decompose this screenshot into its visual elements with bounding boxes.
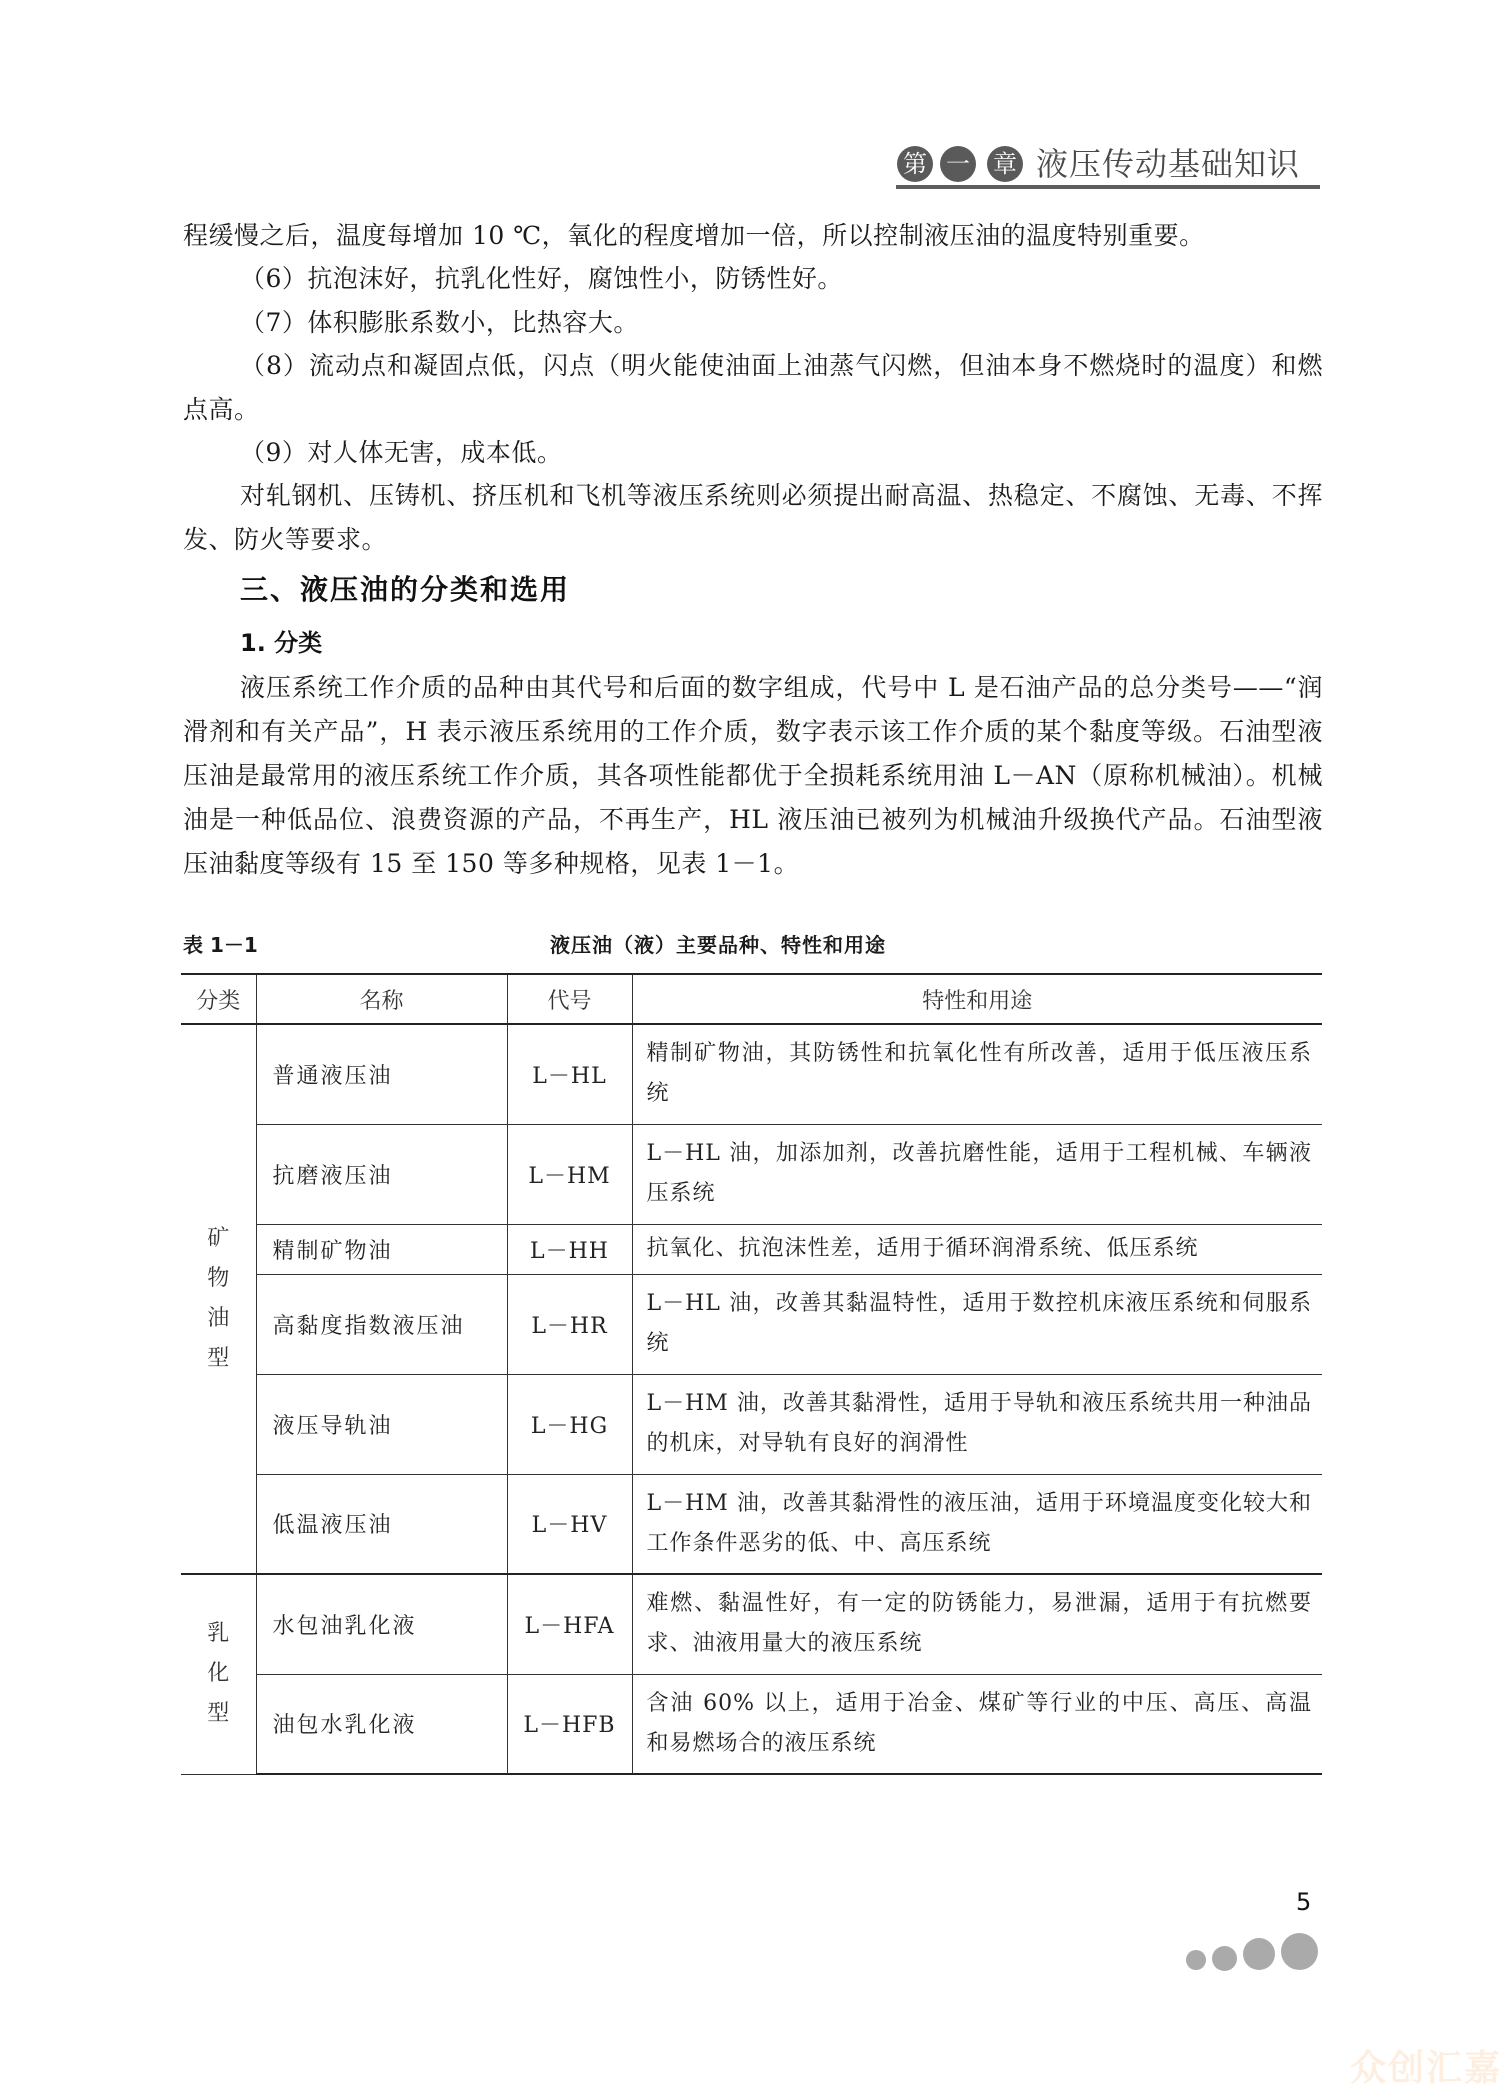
header-rule <box>896 185 1320 189</box>
cell-code: L－HH <box>507 1224 632 1274</box>
cell-code: L－HR <box>507 1274 632 1374</box>
table-row: 油包水乳化液 L－HFB 含油 60% 以上，适用于冶金、煤矿等行业的中压、高压… <box>181 1674 1322 1774</box>
cell-name: 液压导轨油 <box>256 1374 507 1474</box>
cell-desc: L－HL 油，加添加剂，改善抗磨性能，适用于工程机械、车辆液压系统 <box>632 1124 1322 1224</box>
cell-desc: 含油 60% 以上，适用于冶金、煤矿等行业的中压、高压、高温和易燃场合的液压系统 <box>632 1674 1322 1774</box>
cell-code: L－HG <box>507 1374 632 1474</box>
paragraph-oxidation: 程缓慢之后，温度每增加 10 ℃，氧化的程度增加一倍，所以控制液压油的温度特别重… <box>183 214 1323 258</box>
table-row: 抗磨液压油 L－HM L－HL 油，加添加剂，改善抗磨性能，适用于工程机械、车辆… <box>181 1124 1322 1224</box>
cell-desc: L－HM 油，改善其黏滑性，适用于导轨和液压系统共用一种油品的机床，对导轨有良好… <box>632 1374 1322 1474</box>
cell-name: 精制矿物油 <box>256 1224 507 1274</box>
table-row: 液压导轨油 L－HG L－HM 油，改善其黏滑性，适用于导轨和液压系统共用一种油… <box>181 1374 1322 1474</box>
hydraulic-oil-table: 分类 名称 代号 特性和用途 矿 物 油 型 普通液压油 L－HL 精制矿物油，… <box>181 973 1322 1775</box>
table-row: 精制矿物油 L－HH 抗氧化、抗泡沫性差，适用于循环润滑系统、低压系统 <box>181 1224 1322 1274</box>
table-row: 乳 化 型 水包油乳化液 L－HFA 难燃、黏温性好，有一定的防锈能力，易泄漏，… <box>181 1574 1322 1674</box>
cell-desc: 难燃、黏温性好，有一定的防锈能力，易泄漏，适用于有抗燃要求、油液用量大的液压系统 <box>632 1574 1322 1674</box>
running-header: 第 一 章 液压传动基础知识 <box>896 140 1320 188</box>
cell-name: 油包水乳化液 <box>256 1674 507 1774</box>
paragraph-item-8: （8）流动点和凝固点低，闪点（明火能使油面上油蒸气闪燃，但油本身不燃烧时的温度）… <box>183 344 1323 432</box>
cell-desc: 抗氧化、抗泡沫性差，适用于循环润滑系统、低压系统 <box>632 1224 1322 1274</box>
chapter-title: 液压传动基础知识 <box>1036 142 1300 186</box>
header-properties: 特性和用途 <box>632 974 1322 1024</box>
header-name: 名称 <box>256 974 507 1024</box>
category-char: 型 <box>206 1694 230 1734</box>
category-char: 油 <box>206 1299 230 1339</box>
category-char: 乳 <box>206 1614 230 1654</box>
category-mineral-oil: 矿 物 油 型 <box>181 1024 256 1574</box>
cell-code: L－HFB <box>507 1674 632 1774</box>
watermark: 众创汇嘉 <box>1350 2040 1502 2091</box>
paragraph-classification: 液压系统工作介质的品种由其代号和后面的数字组成，代号中 L 是石油产品的总分类号… <box>183 666 1323 886</box>
dot-icon <box>1281 1933 1318 1970</box>
cell-code: L－HFA <box>507 1574 632 1674</box>
cell-code: L－HL <box>507 1024 632 1124</box>
chapter-circle-zhang: 章 <box>987 146 1023 182</box>
cell-code: L－HV <box>507 1474 632 1574</box>
paragraph-item-9: （9）对人体无害，成本低。 <box>183 431 1323 475</box>
paragraph-requirements: 对轧钢机、压铸机、挤压机和飞机等液压系统则必须提出耐高温、热稳定、不腐蚀、无毒、… <box>183 474 1323 562</box>
chapter-circle-number: 一 <box>940 146 976 182</box>
table-caption-number: 表 1－1 <box>183 930 258 960</box>
header-category: 分类 <box>181 974 256 1024</box>
table-row: 矿 物 油 型 普通液压油 L－HL 精制矿物油，其防锈性和抗氧化性有所改善，适… <box>181 1024 1322 1124</box>
cell-name: 普通液压油 <box>256 1024 507 1124</box>
cell-desc: L－HM 油，改善其黏滑性的液压油，适用于环境温度变化较大和工作条件恶劣的低、中… <box>632 1474 1322 1574</box>
paragraph-item-6: （6）抗泡沫好，抗乳化性好，腐蚀性小，防锈性好。 <box>183 257 1323 301</box>
table-header-row: 分类 名称 代号 特性和用途 <box>181 974 1322 1024</box>
dot-icon <box>1243 1938 1275 1970</box>
cell-name: 抗磨液压油 <box>256 1124 507 1224</box>
cell-name: 水包油乳化液 <box>256 1574 507 1674</box>
section-heading: 三、液压油的分类和选用 <box>240 570 570 610</box>
category-emulsion: 乳 化 型 <box>181 1574 256 1774</box>
cell-desc: L－HL 油，改善其黏温特性，适用于数控机床液压系统和伺服系统 <box>632 1274 1322 1374</box>
cell-desc: 精制矿物油，其防锈性和抗氧化性有所改善，适用于低压液压系统 <box>632 1024 1322 1124</box>
category-char: 型 <box>206 1339 230 1379</box>
cell-code: L－HM <box>507 1124 632 1224</box>
category-char: 矿 <box>206 1219 230 1259</box>
table-row: 高黏度指数液压油 L－HR L－HL 油，改善其黏温特性，适用于数控机床液压系统… <box>181 1274 1322 1374</box>
category-char: 化 <box>206 1654 230 1694</box>
page-number: 5 <box>1296 1888 1311 1916</box>
cell-name: 高黏度指数液压油 <box>256 1274 507 1374</box>
dot-icon <box>1212 1946 1237 1971</box>
header-code: 代号 <box>507 974 632 1024</box>
table-row: 低温液压油 L－HV L－HM 油，改善其黏滑性的液压油，适用于环境温度变化较大… <box>181 1474 1322 1574</box>
category-char: 物 <box>206 1259 230 1299</box>
dot-icon <box>1186 1950 1206 1970</box>
sub-heading: 1. 分类 <box>240 625 322 661</box>
chapter-circle-di: 第 <box>897 146 933 182</box>
cell-name: 低温液压油 <box>256 1474 507 1574</box>
table-caption-title: 液压油（液）主要品种、特性和用途 <box>550 930 886 960</box>
paragraph-item-7: （7）体积膨胀系数小，比热容大。 <box>183 301 1323 345</box>
